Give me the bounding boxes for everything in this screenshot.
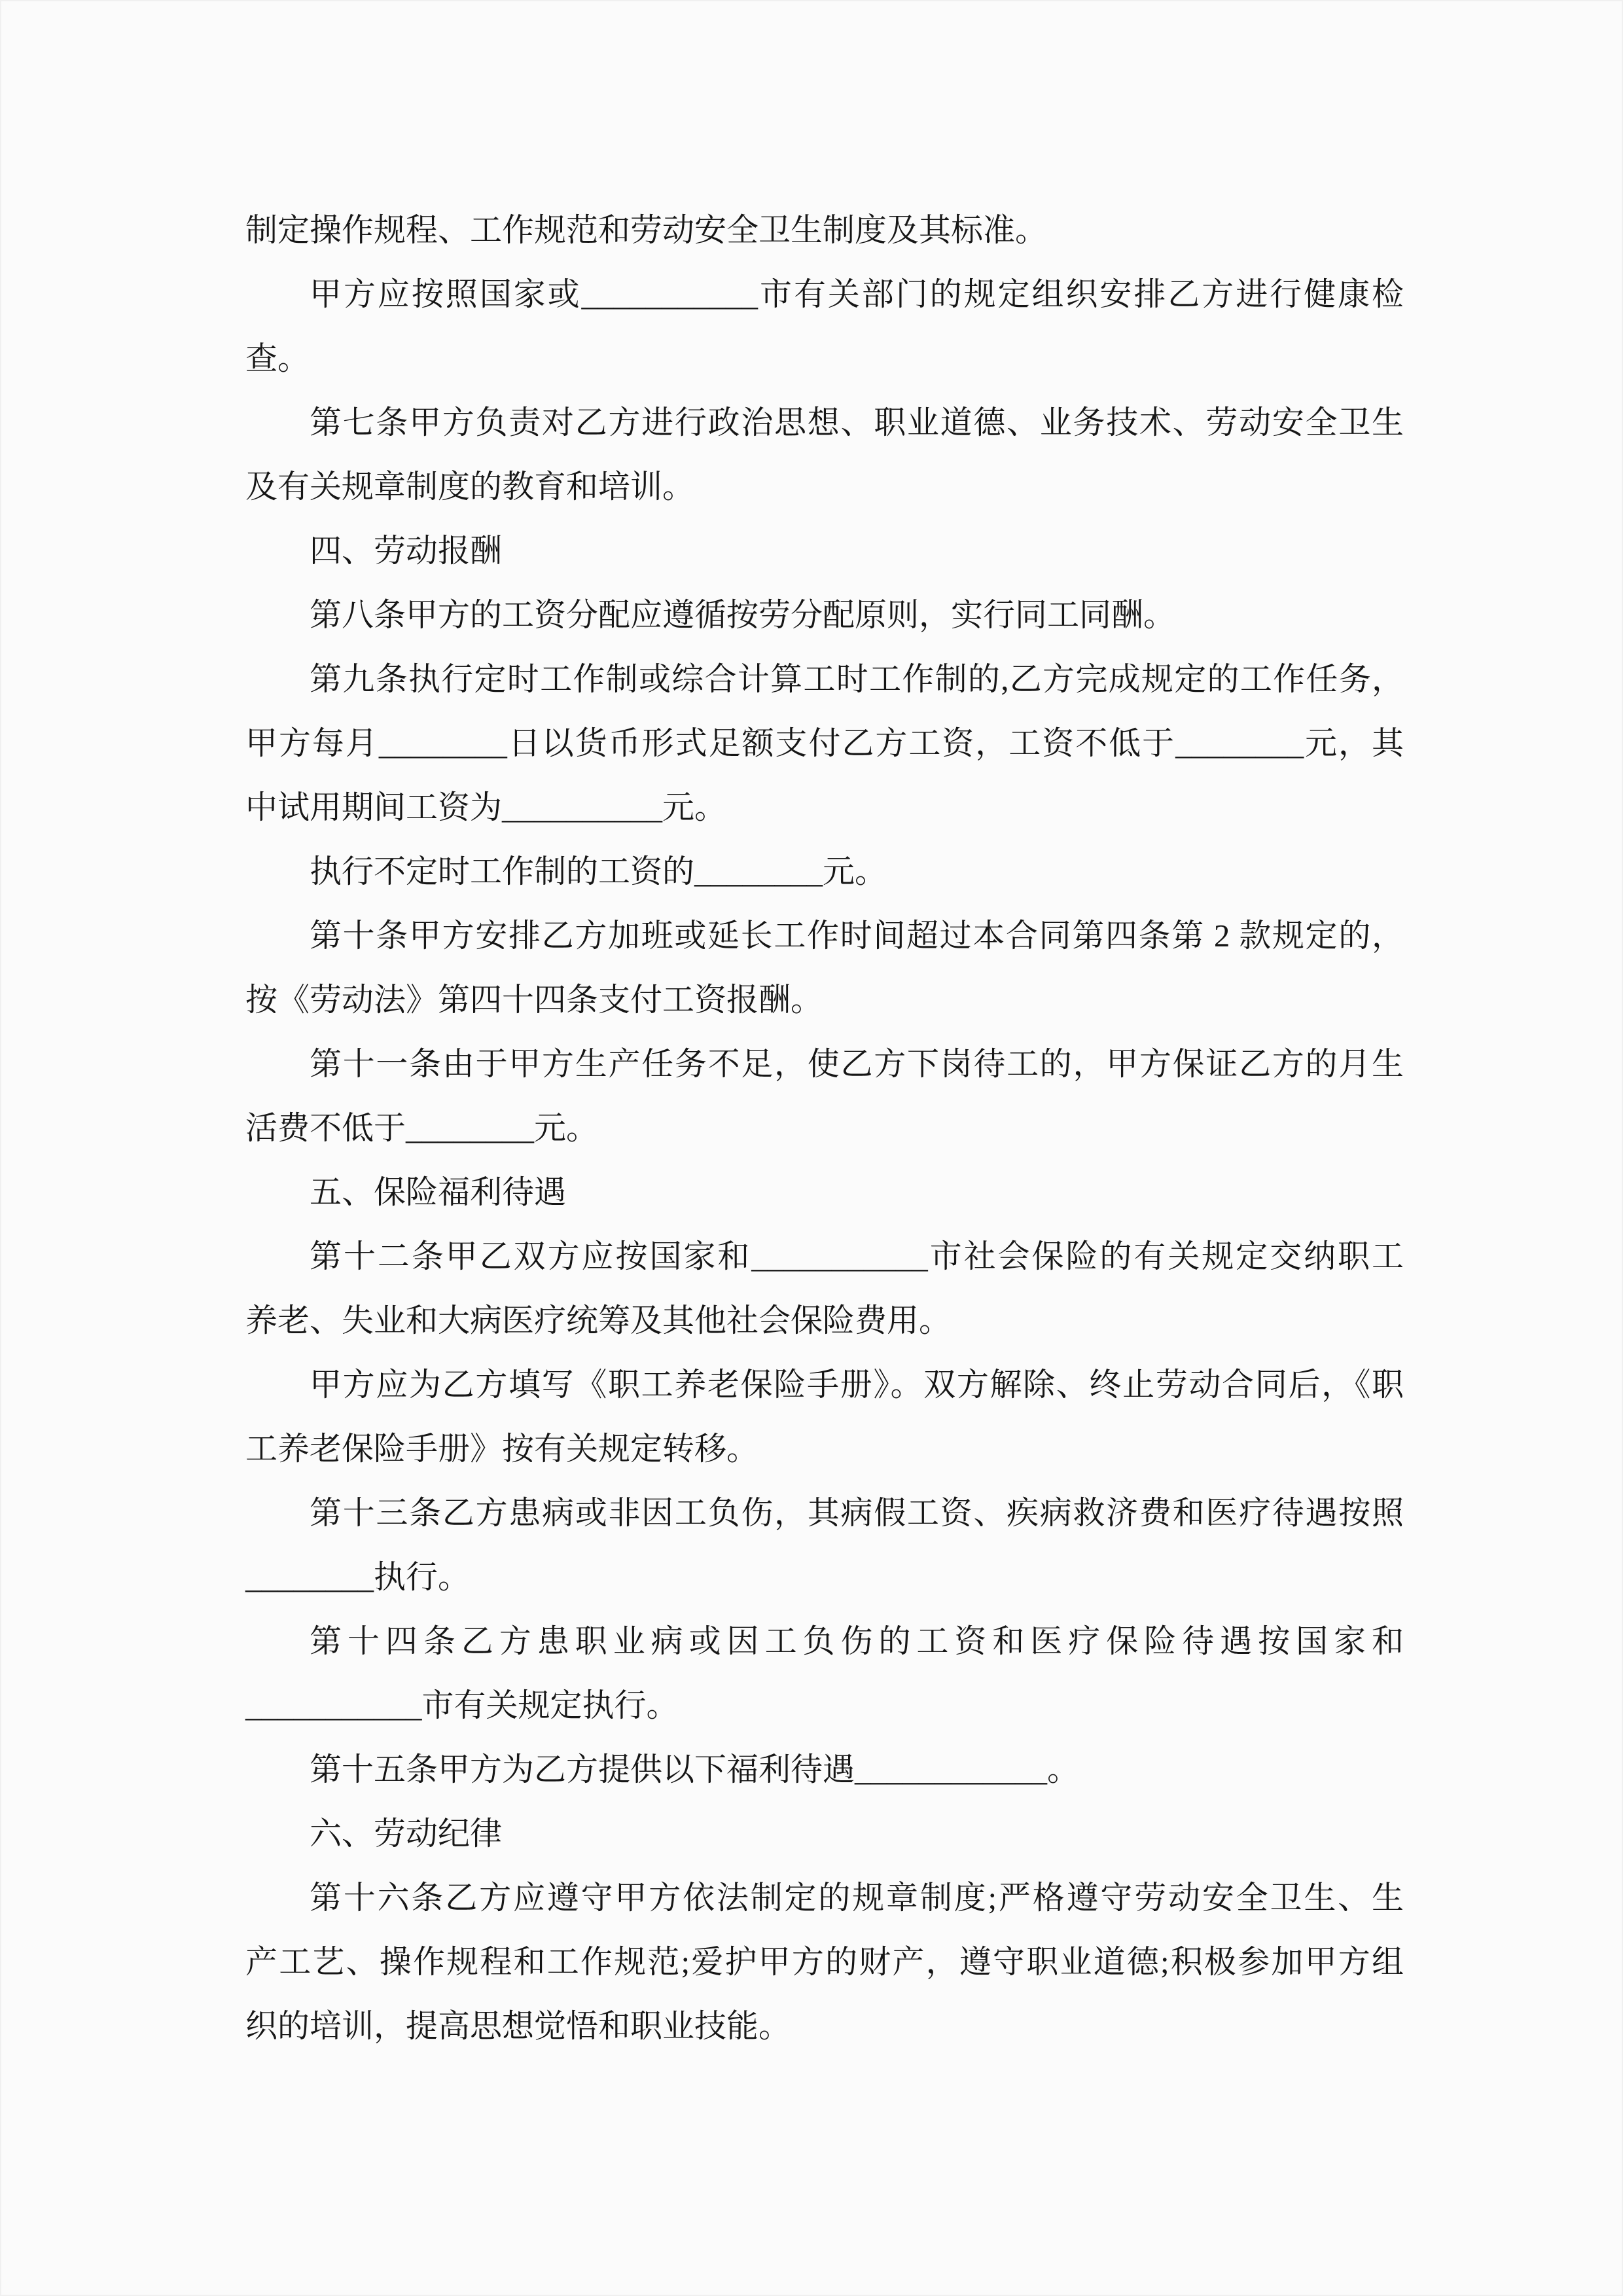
text-line: 第八条甲方的工资分配应遵循按劳分配原则，实行同工同酬。 [245, 583, 1404, 647]
text-line: 活费不低于________元。 [245, 1096, 1404, 1160]
text-line: ___________市有关规定执行。 [245, 1674, 1404, 1738]
text-line: 制定操作规程、工作规范和劳动安全卫生制度及其标准。 [245, 198, 1404, 262]
text-line: 执行不定时工作制的工资的________元。 [245, 840, 1404, 904]
text-line: 第九条执行定时工作制或综合计算工时工作制的,乙方完成规定的工作任务， [245, 647, 1404, 711]
text-line: 及有关规章制度的教育和培训。 [245, 455, 1404, 519]
text-line: 第十四条乙方患职业病或因工负伤的工资和医疗保险待遇按国家和 [245, 1609, 1404, 1674]
text-line: 五、保险福利待遇 [245, 1160, 1404, 1225]
text-line: 甲方每月________日以货币形式足额支付乙方工资，工资不低于________… [245, 711, 1404, 776]
text-line: 织的培训，提高思想觉悟和职业技能。 [245, 1994, 1404, 2058]
text-line: 第七条甲方负责对乙方进行政治思想、职业道德、业务技术、劳动安全卫生 [245, 391, 1404, 455]
text-line: 第十六条乙方应遵守甲方依法制定的规章制度;严格遵守劳动安全卫生、生 [245, 1866, 1404, 1930]
text-line: 工养老保险手册》按有关规定转移。 [245, 1417, 1404, 1481]
text-line: 甲方应按照国家或___________市有关部门的规定组织安排乙方进行健康检 [245, 262, 1404, 327]
document-body: 制定操作规程、工作规范和劳动安全卫生制度及其标准。甲方应按照国家或_______… [245, 198, 1404, 2058]
text-line: ________执行。 [245, 1545, 1404, 1609]
text-line: 六、劳动纪律 [245, 1802, 1404, 1866]
text-line: 第十三条乙方患病或非因工负伤，其病假工资、疾病救济费和医疗待遇按照 [245, 1481, 1404, 1545]
text-line: 第十条甲方安排乙方加班或延长工作时间超过本合同第四条第 2 款规定的， [245, 904, 1404, 968]
text-line: 第十五条甲方为乙方提供以下福利待遇____________。 [245, 1738, 1404, 1802]
text-line: 甲方应为乙方填写《职工养老保险手册》。双方解除、终止劳动合同后，《职 [245, 1353, 1404, 1417]
text-line: 养老、失业和大病医疗统筹及其他社会保险费用。 [245, 1289, 1404, 1353]
text-line: 查。 [245, 327, 1404, 391]
text-line: 中试用期间工资为__________元。 [245, 776, 1404, 840]
text-line: 四、劳动报酬 [245, 519, 1404, 583]
text-line: 第十二条甲乙双方应按国家和___________市社会保险的有关规定交纳职工 [245, 1225, 1404, 1289]
text-line: 产工艺、操作规程和工作规范;爱护甲方的财产，遵守职业道德;积极参加甲方组 [245, 1930, 1404, 1994]
text-line: 按《劳动法》第四十四条支付工资报酬。 [245, 968, 1404, 1032]
text-line: 第十一条由于甲方生产任务不足，使乙方下岗待工的，甲方保证乙方的月生 [245, 1032, 1404, 1096]
contract-page: 制定操作规程、工作规范和劳动安全卫生制度及其标准。甲方应按照国家或_______… [0, 0, 1623, 2296]
